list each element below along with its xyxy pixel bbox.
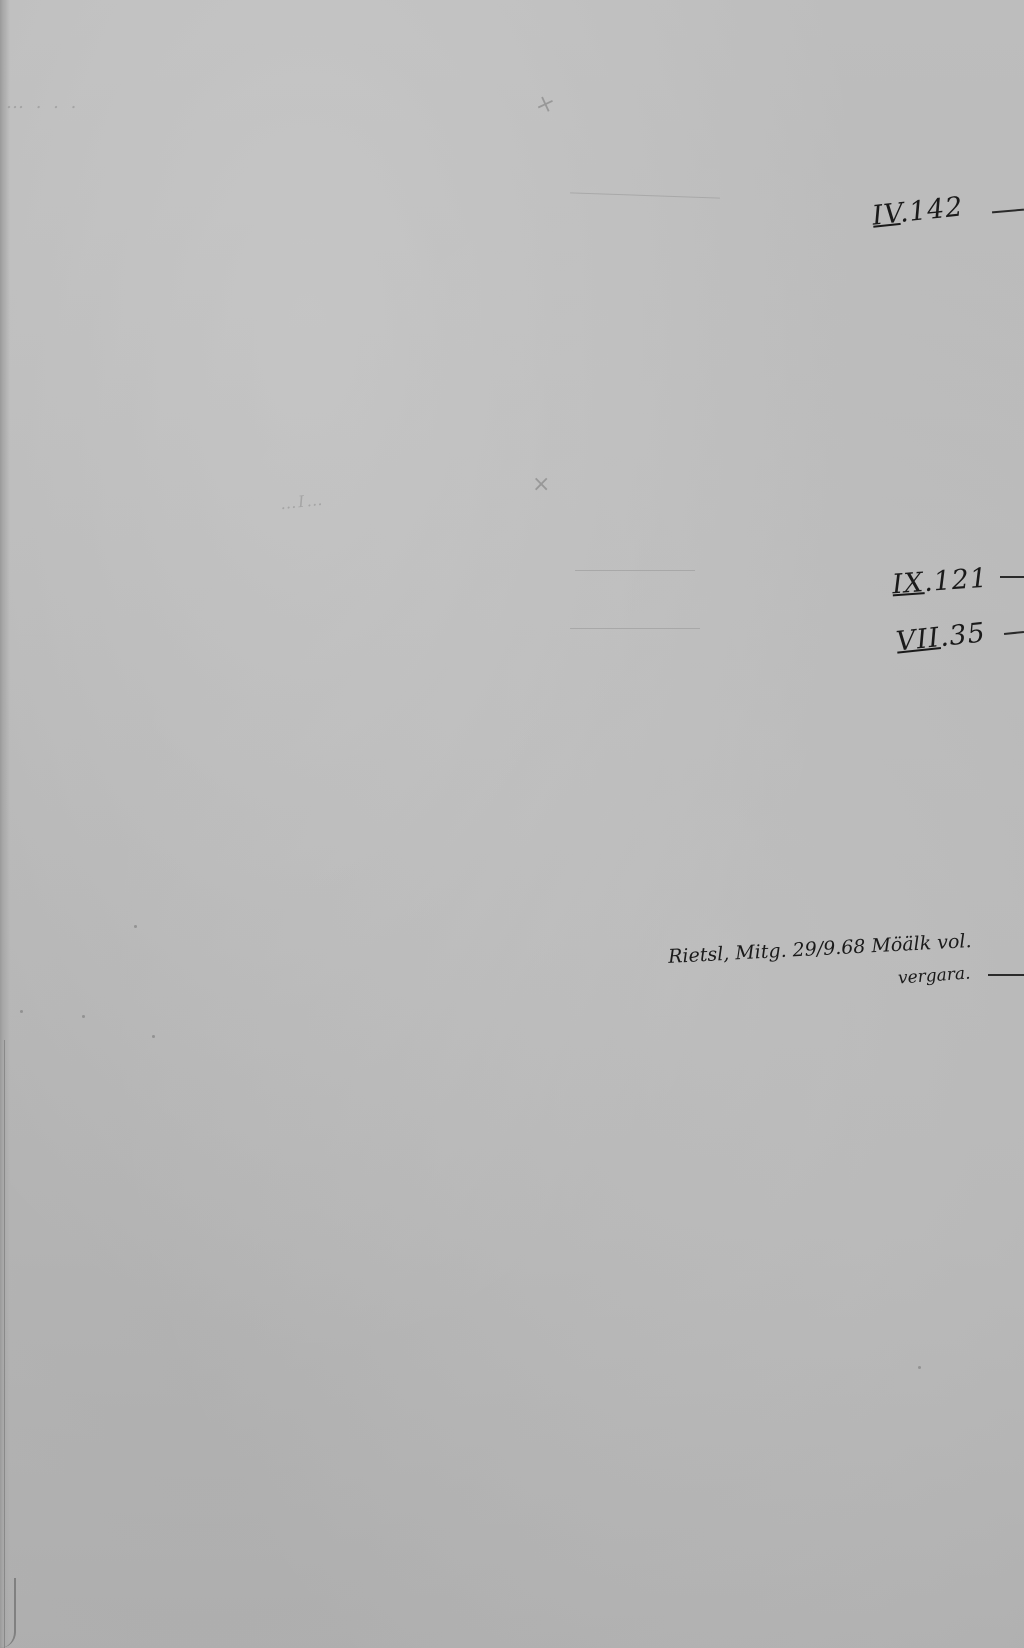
annotation-dash <box>992 209 1024 214</box>
roman-numeral: IV <box>871 198 902 232</box>
faint-pencil-line <box>570 628 700 629</box>
page-number: 142 <box>907 191 964 228</box>
inscription-dash <box>988 974 1024 976</box>
paper-speck <box>918 1366 921 1369</box>
faint-pencil-line <box>570 192 720 198</box>
page-corner-curl <box>0 1578 16 1648</box>
handwritten-inscription-line-2: vergara. <box>897 963 971 988</box>
pencil-cross-mark: × <box>532 90 558 120</box>
handwritten-inscription-line-1: Rietsl, Mitg. 29/9.68 Möälk vol. <box>668 930 972 968</box>
roman-numeral: IX <box>891 567 925 600</box>
page-number: 121 <box>932 563 989 598</box>
faint-pencil-mark: …I… <box>279 490 325 514</box>
annotation-dash <box>1000 576 1024 578</box>
paper-speck <box>82 1015 85 1018</box>
faint-pencil-mark: … . . . <box>6 92 79 113</box>
page-number: 35 <box>948 617 987 652</box>
annotation-dash <box>1004 631 1024 635</box>
paper-speck <box>134 925 137 928</box>
faint-pencil-line <box>575 570 695 571</box>
paper-speck <box>152 1035 155 1038</box>
pencil-cross-mark: × <box>532 472 550 497</box>
page-edge-line <box>4 1040 5 1648</box>
reference-annotation: VII.35 <box>895 617 988 657</box>
page-left-edge <box>0 0 10 1648</box>
reference-annotation: IV.142 <box>871 191 965 231</box>
scanned-page: … . . . …I… × × IV.142 IX.121 VII.35 Rie… <box>0 0 1024 1648</box>
paper-speck <box>20 1010 23 1013</box>
reference-annotation: IX.121 <box>891 563 989 601</box>
roman-numeral: VII <box>895 622 942 657</box>
